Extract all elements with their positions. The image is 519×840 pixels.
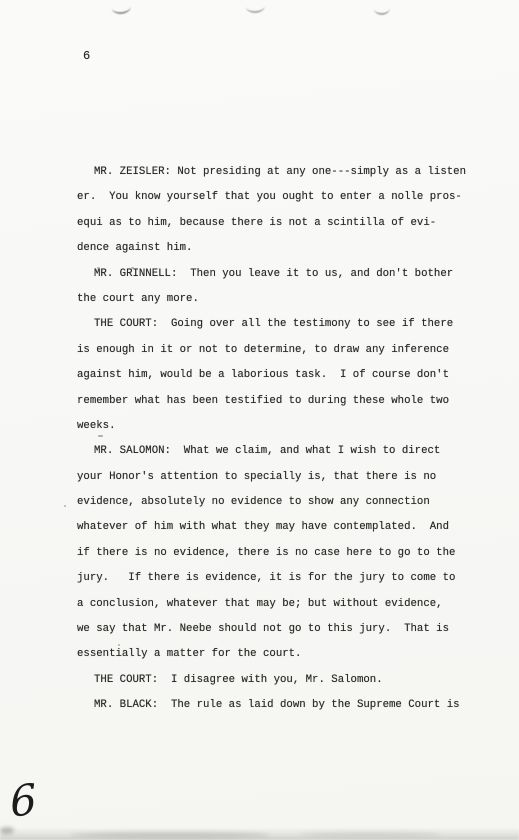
paper-speck xyxy=(131,267,134,269)
transcript-line: is enough in it or not to determine, to … xyxy=(77,338,477,363)
transcript-line: er. You know yourself that you ought to … xyxy=(77,185,477,210)
paper-speck xyxy=(98,435,103,437)
transcript-line: MR. SALOMON: What we claim, and what I w… xyxy=(77,439,477,464)
transcript-line: the court any more. xyxy=(77,287,477,312)
transcript-line: against him, would be a laborious task. … xyxy=(77,363,477,388)
handwritten-page-number: 6 xyxy=(8,774,38,827)
transcript-line: a conclusion, whatever that may be; but … xyxy=(77,592,477,617)
transcript-body: MR. ZEISLER: Not presiding at any one---… xyxy=(77,160,477,719)
scan-smudge-top-2 xyxy=(246,5,265,14)
scanned-document-page: 6 MR. ZEISLER: Not presiding at any one-… xyxy=(0,0,519,840)
paper-speck xyxy=(118,644,120,646)
transcript-line: jury. If there is evidence, it is for th… xyxy=(77,566,477,591)
transcript-line: THE COURT: I disagree with you, Mr. Salo… xyxy=(77,668,477,693)
transcript-line: your Honor's attention to specially is, … xyxy=(77,465,477,490)
transcript-line: essentially a matter for the court. xyxy=(77,642,477,667)
transcript-line: MR. GRINNELL: Then you leave it to us, a… xyxy=(77,262,477,287)
transcript-line: if there is no evidence, there is no cas… xyxy=(77,541,477,566)
transcript-line: equi as to him, because there is not a s… xyxy=(77,211,477,236)
scan-smudge-top-3 xyxy=(374,7,390,16)
paper-speck xyxy=(97,267,100,269)
paper-speck xyxy=(64,505,66,507)
transcript-line: MR. BLACK: The rule as laid down by the … xyxy=(77,693,477,718)
transcript-line: MR. ZEISLER: Not presiding at any one---… xyxy=(77,160,477,185)
scan-edge-smudge xyxy=(0,827,14,834)
scan-edge-smudge xyxy=(70,832,270,838)
typed-page-number: 6 xyxy=(83,49,90,63)
transcript-line: remember what has been testified to duri… xyxy=(77,389,477,414)
transcript-line: evidence, absolutely no evidence to show… xyxy=(77,490,477,515)
transcript-line: whatever of him with what they may have … xyxy=(77,515,477,540)
transcript-line: dence against him. xyxy=(77,236,477,261)
scan-edge-smudge xyxy=(300,832,440,837)
transcript-line: weeks. xyxy=(77,414,477,439)
transcript-line: we say that Mr. Neebe should not go to t… xyxy=(77,617,477,642)
transcript-line: THE COURT: Going over all the testimony … xyxy=(77,312,477,337)
scan-smudge-top-1 xyxy=(112,5,132,15)
